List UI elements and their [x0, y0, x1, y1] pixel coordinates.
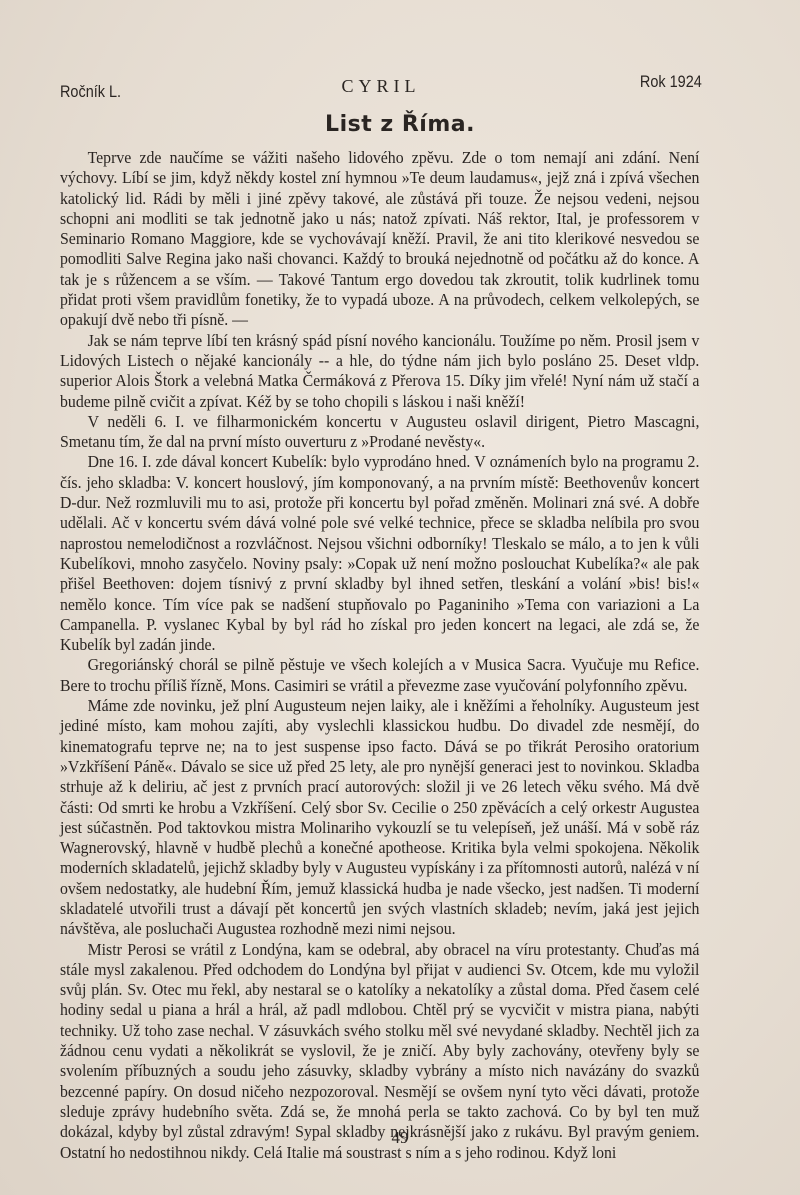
- paragraph: V neděli 6. I. ve filharmonickém koncert…: [60, 412, 699, 453]
- journal-title: CYRIL: [60, 76, 702, 97]
- page-number: 49: [0, 1128, 800, 1148]
- year-label: Rok 1924: [640, 72, 702, 92]
- running-header: Ročník L. CYRIL Rok 1924: [60, 70, 702, 100]
- paragraph: Teprve zde naučíme se vážiti našeho lido…: [60, 148, 699, 331]
- article-title: List z Říma.: [0, 112, 800, 137]
- paragraph: Máme zde novinku, jež plní Augusteum nej…: [60, 696, 699, 940]
- paragraph: Jak se nám teprve líbí ten krásný spád p…: [60, 331, 699, 412]
- paragraph: Gregoriánský chorál se pilně pěstuje ve …: [60, 655, 699, 696]
- article-body: Teprve zde naučíme se vážiti našeho lido…: [60, 148, 699, 1163]
- paragraph: Dne 16. I. zde dával koncert Kubelík: by…: [60, 452, 699, 655]
- document-page: Ročník L. CYRIL Rok 1924 List z Říma. Te…: [0, 0, 800, 1195]
